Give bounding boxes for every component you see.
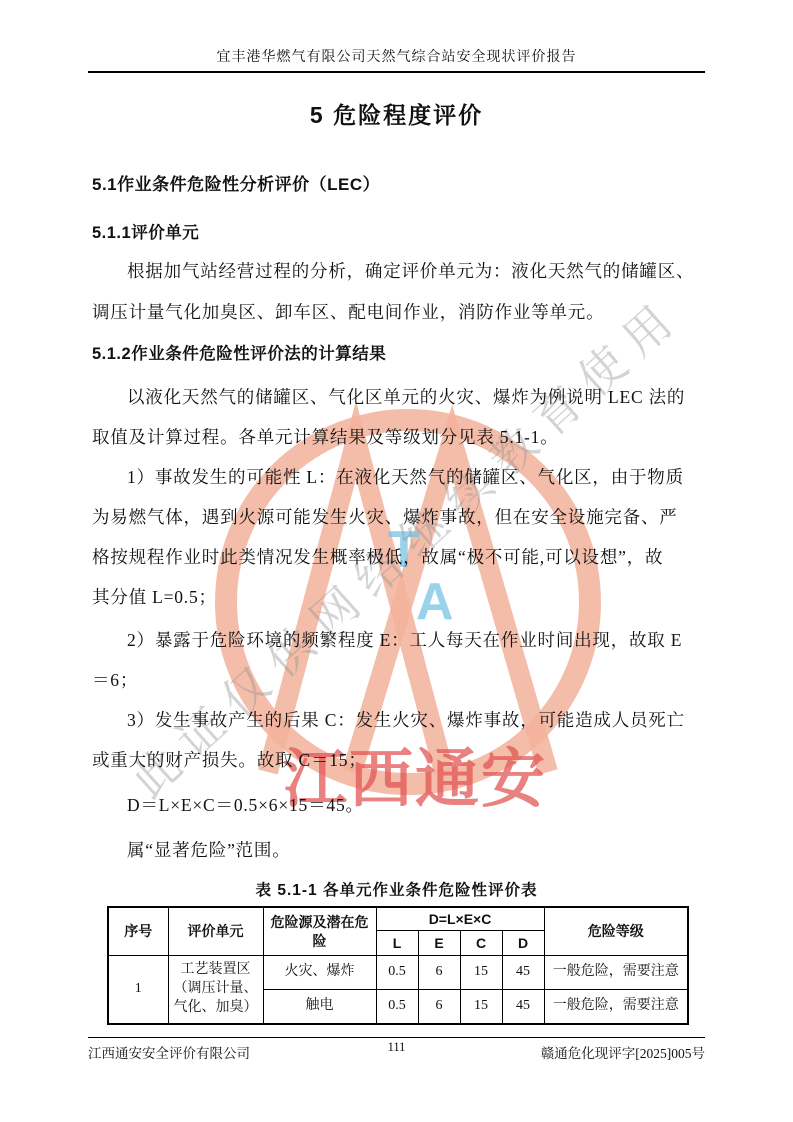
cell-d: 45: [502, 956, 544, 990]
paragraph-line: 取值及计算过程。各单元计算结果及等级划分见表 5.1-1。: [92, 424, 708, 449]
paragraph-line: 为易燃气体，遇到火源可能发生火灾、爆炸事故，但在安全设施完备、严: [92, 504, 708, 529]
document-content: 宜丰港华燃气有限公司天然气综合站安全现状评价报告 5 危险程度评价 5.1作业条…: [0, 0, 793, 1122]
col-header-d-formula: D=L×E×C: [376, 907, 544, 931]
col-header-hazard: 危险源及潜在危险: [263, 907, 376, 956]
header-rule: [88, 71, 705, 73]
cell-c: 15: [460, 956, 502, 990]
col-header-e: E: [418, 931, 460, 956]
paragraph-line: 调压计量气化加臭区、卸车区、配电间作业，消防作业等单元。: [92, 299, 708, 324]
paragraph-line: 3）发生事故产生的后果 C：发生火灾、爆炸事故，可能造成人员死亡: [92, 707, 743, 732]
cell-l: 0.5: [376, 956, 418, 990]
lec-evaluation-table: 序号 评价单元 危险源及潜在危险 D=L×E×C 危险等级 L E C D 1 …: [107, 906, 689, 1025]
page-header-title: 宜丰港华燃气有限公司天然气综合站安全现状评价报告: [88, 46, 705, 66]
section-heading-5-1-1: 5.1.1评价单元: [92, 219, 708, 243]
footer-company: 江西通安安全评价有限公司: [88, 1042, 250, 1062]
table-row: 1 工艺装置区（调压计量、气化、加臭） 火灾、爆炸 0.5 6 15 45 一般…: [108, 956, 688, 990]
paragraph-line: 以液化天然气的储罐区、气化区单元的火灾、爆炸为例说明 LEC 法的: [92, 384, 743, 409]
section-heading-5-1: 5.1作业条件危险性分析评价（LEC）: [92, 170, 708, 195]
conclusion-line: 属“显著危险”范围。: [92, 837, 743, 862]
paragraph-line: 格按规程作业时此类情况发生概率极低，故属“极不可能,可以设想”，故: [92, 544, 708, 569]
paragraph-line: 2）暴露于危险环境的频繁程度 E：工人每天在作业时间出现，故取 E: [92, 627, 743, 652]
col-header-l: L: [376, 931, 418, 956]
cell-e: 6: [418, 990, 460, 1025]
table-caption: 表 5.1-1 各单元作业条件危险性评价表: [0, 878, 793, 900]
col-header-seq: 序号: [108, 907, 168, 956]
col-header-level: 危险等级: [544, 907, 688, 956]
cell-level: 一般危险，需要注意: [544, 990, 688, 1025]
cell-e: 6: [418, 956, 460, 990]
cell-hazard: 触电: [263, 990, 376, 1025]
report-page: T A 此证仅供网络继续教育使用 江西通安 宜丰港华燃气有限公司天然气综合站安全…: [0, 0, 793, 1122]
cell-hazard: 火灾、爆炸: [263, 956, 376, 990]
paragraph-line: 根据加气站经营过程的分析，确定评价单元为：液化天然气的储罐区、: [92, 258, 743, 283]
cell-d: 45: [502, 990, 544, 1025]
cell-l: 0.5: [376, 990, 418, 1025]
formula-line: D＝L×E×C＝0.5×6×15＝45。: [92, 792, 743, 817]
cell-unit: 工艺装置区（调压计量、气化、加臭）: [168, 956, 263, 1025]
footer-doc-number: 赣通危化现评字[2025]005号: [541, 1042, 705, 1062]
paragraph-line: 或重大的财产损失。故取 C＝15；: [92, 747, 708, 772]
col-header-c: C: [460, 931, 502, 956]
paragraph-line: 1）事故发生的可能性 L：在液化天然气的储罐区、气化区，由于物质: [92, 464, 743, 489]
footer-rule: [88, 1037, 705, 1038]
cell-c: 15: [460, 990, 502, 1025]
paragraph-line: 其分值 L=0.5；: [92, 584, 708, 609]
cell-seq: 1: [108, 956, 168, 1025]
paragraph-line: ＝6；: [92, 667, 708, 692]
section-heading-5-1-2: 5.1.2作业条件危险性评价法的计算结果: [92, 340, 708, 364]
cell-level: 一般危险，需要注意: [544, 956, 688, 990]
col-header-d: D: [502, 931, 544, 956]
chapter-title: 5 危险程度评价: [0, 97, 793, 130]
col-header-unit: 评价单元: [168, 907, 263, 956]
